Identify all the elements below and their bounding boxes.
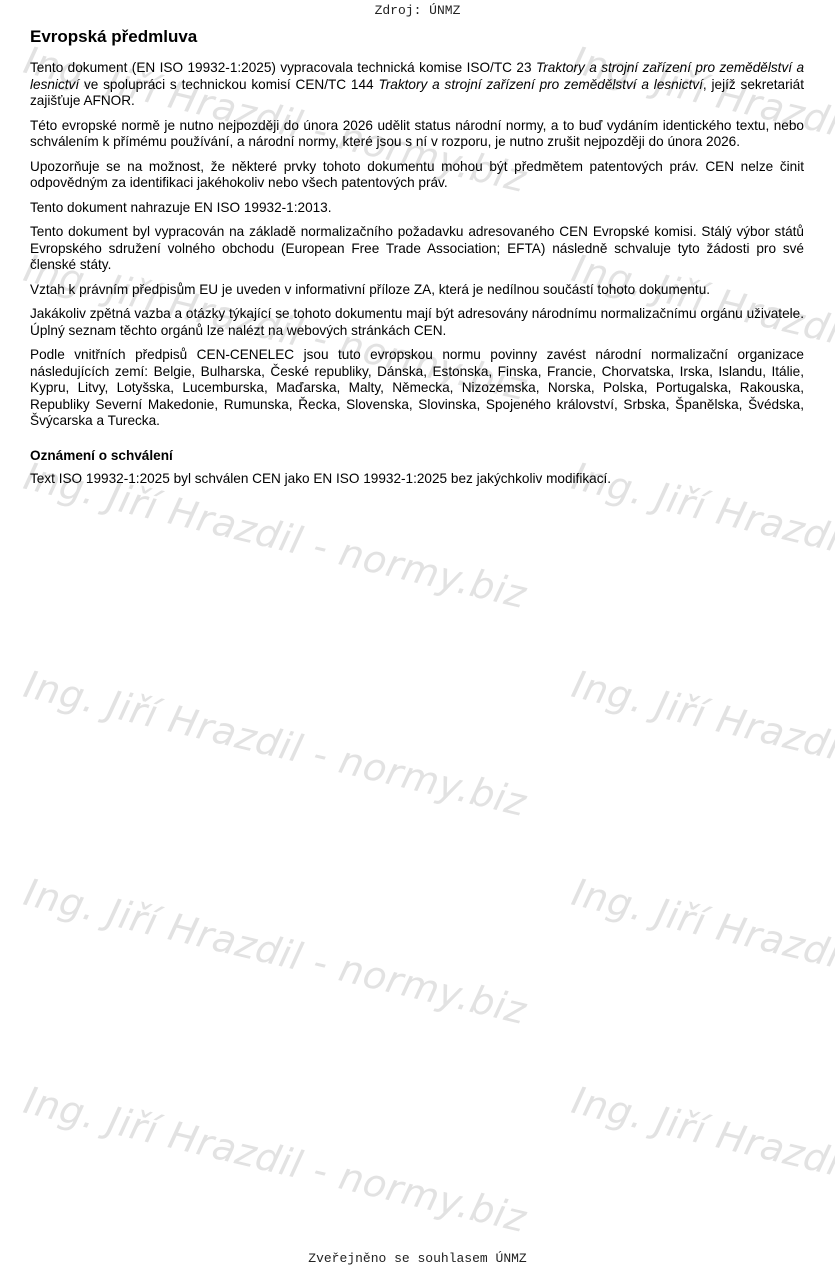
approval-text: Text ISO 19932-1:2025 byl schválen CEN j… (30, 471, 804, 488)
watermark-text: Ing. Jiří Hrazdil - normy.biz (568, 662, 835, 825)
watermark-text: Ing. Jiří Hrazdil - normy.biz (568, 1078, 835, 1241)
paragraph-text: Tento dokument nahrazuje EN ISO 19932-1:… (30, 200, 332, 215)
paragraph-text: Jakákoliv zpětná vazba a otázky týkající… (30, 306, 804, 338)
watermark-text: Ing. Jiří Hrazdil - normy.biz (20, 870, 531, 1033)
foreword-paragraphs: Tento dokument (EN ISO 19932-1:2025) vyp… (30, 60, 804, 430)
paragraph-text: Tento dokument (EN ISO 19932-1:2025) vyp… (30, 60, 536, 75)
watermark-text: Ing. Jiří Hrazdil - normy.biz (20, 1078, 531, 1241)
foreword-paragraph: Tento dokument byl vypracován na základě… (30, 224, 804, 274)
page-title: Evropská předmluva (30, 26, 804, 48)
foreword-paragraph: Podle vnitřních předpisů CEN-CENELEC jso… (30, 347, 804, 430)
document-body: Evropská předmluva Tento dokument (EN IS… (30, 26, 804, 495)
committee-title: Traktory a strojní zařízení pro zeměděls… (378, 77, 702, 92)
watermark-text: Ing. Jiří Hrazdil - normy.biz (568, 870, 835, 1033)
foreword-paragraph: Jakákoliv zpětná vazba a otázky týkající… (30, 306, 804, 339)
foreword-paragraph: Upozorňuje se na možnost, že některé prv… (30, 159, 804, 192)
watermark-text: Ing. Jiří Hrazdil - normy.biz (20, 662, 531, 825)
paragraph-text: ve spolupráci s technickou komisí CEN/TC… (79, 77, 378, 92)
footer-notice: Zveřejněno se souhlasem ÚNMZ (0, 1251, 835, 1266)
paragraph-text: Upozorňuje se na možnost, že některé prv… (30, 159, 804, 191)
foreword-paragraph: Tento dokument (EN ISO 19932-1:2025) vyp… (30, 60, 804, 110)
paragraph-text: Této evropské normě je nutno nejpozději … (30, 118, 804, 150)
foreword-paragraph: Této evropské normě je nutno nejpozději … (30, 118, 804, 151)
paragraph-text: Vztah k právním předpisům EU je uveden v… (30, 282, 710, 297)
paragraph-text: Podle vnitřních předpisů CEN-CENELEC jso… (30, 347, 804, 428)
source-header: Zdroj: ÚNMZ (0, 3, 835, 18)
paragraph-text: Tento dokument byl vypracován na základě… (30, 224, 804, 272)
foreword-paragraph: Vztah k právním předpisům EU je uveden v… (30, 282, 804, 299)
approval-heading: Oznámení o schválení (30, 447, 804, 464)
foreword-paragraph: Tento dokument nahrazuje EN ISO 19932-1:… (30, 200, 804, 217)
